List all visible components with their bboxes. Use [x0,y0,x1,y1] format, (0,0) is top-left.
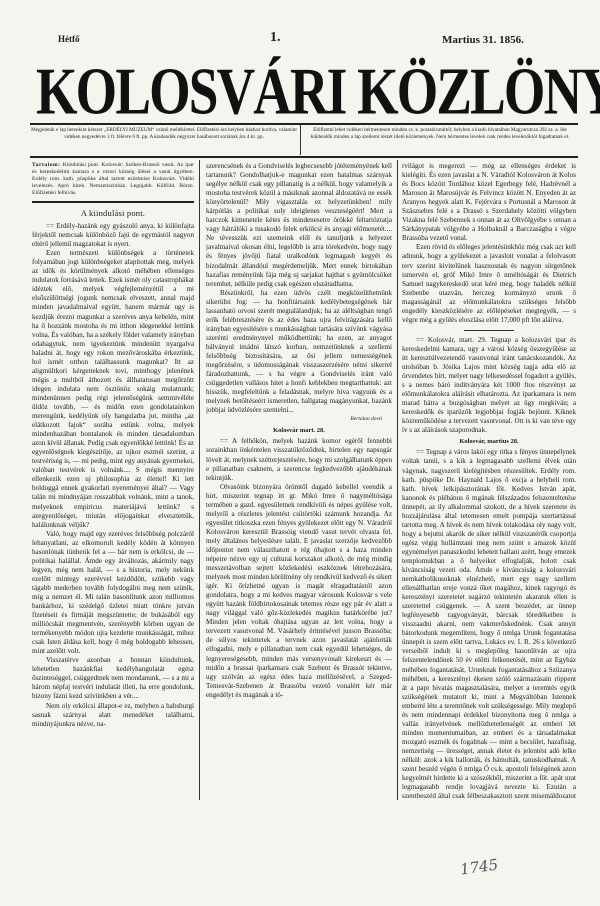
subscription-notice-right: Előfizetni lehet vidéken bérmentesen min… [304,127,576,141]
article-paragraph: == Kolosvár, mart. 29. Tegnap a kolozsvá… [402,336,576,436]
issue-number: 1. [270,30,281,46]
masthead-rule-top [30,123,578,125]
column-2: szerencsének és a Gondviselés legbecsese… [206,162,392,700]
column-1: Tartalom: Kiindulási pont. Kolosvár: Szé… [32,162,194,729]
article-paragraph: Ezen természeti különbségek a történetek… [32,249,194,529]
handwritten-archive-number: 1745 [459,855,499,878]
article-paragraph: Olvasóink bizonyára örömtől dagadó kebel… [206,483,392,700]
article-paragraph: Való, hogy majd egy ezeréves felsőbbség … [32,530,194,657]
masthead-rule-bottom [30,156,578,158]
column-divider-2 [397,160,398,800]
section-rule [464,330,514,331]
column-3: rvilágot is megerezi — még az ellenséges… [402,162,576,800]
article-paragraph: Részünkről, ha ezen üdvös czélt megközel… [206,289,392,416]
subscription-notice-left: Megjelenik e lap hetenkint kétszer „ERDÉ… [30,127,298,141]
article-signature: Bertalan dovít [206,415,382,424]
notice-divider [300,125,301,155]
article-title-kiindulasi-pont: A kiindulási pont. [32,209,194,218]
article-paragraph: == Erdély-hazánk egy gyászoló anya, ki k… [32,222,194,249]
dateline-kolosvar-martius-28: Kolosvár, martius 28. [402,437,576,446]
weekday-label: Hétfő [58,34,80,44]
article-paragraph: Visszatérve azonban a honnan kiindultunk… [32,656,194,701]
article-paragraph: rvilágot is megerezi — még az ellenséges… [402,162,576,243]
column-divider-1 [199,160,200,800]
issue-date: Martius 31. 1856. [442,34,524,46]
dateline-kolosvar-mart-28: Kolosvár mart. 28. [206,426,392,435]
article-paragraph: Nem oly erkölcsi állapot-e ez, melyben a… [32,702,194,729]
toc-label: Tartalom: [32,162,61,168]
article-paragraph: == Tegnap a város lakói egy ritka s fény… [402,448,576,800]
newspaper-page: Hétfő 1. Martius 31. 1856. KOLOSVÁRI KÖZ… [0,0,600,906]
masthead-title: KOLOSVÁRI KÖZLÖNY. [36,56,533,127]
article-paragraph: szerencsének és a Gondviselés legbecsese… [206,162,392,289]
article-paragraph: == A felhőkön, melyek hazánk komor egérő… [206,437,392,482]
article-paragraph: Ezen rövid és előleges jelentésünkhöz mé… [402,243,576,324]
table-of-contents: Tartalom: Kiindulási pont. Kolosvár: Szé… [32,162,194,203]
